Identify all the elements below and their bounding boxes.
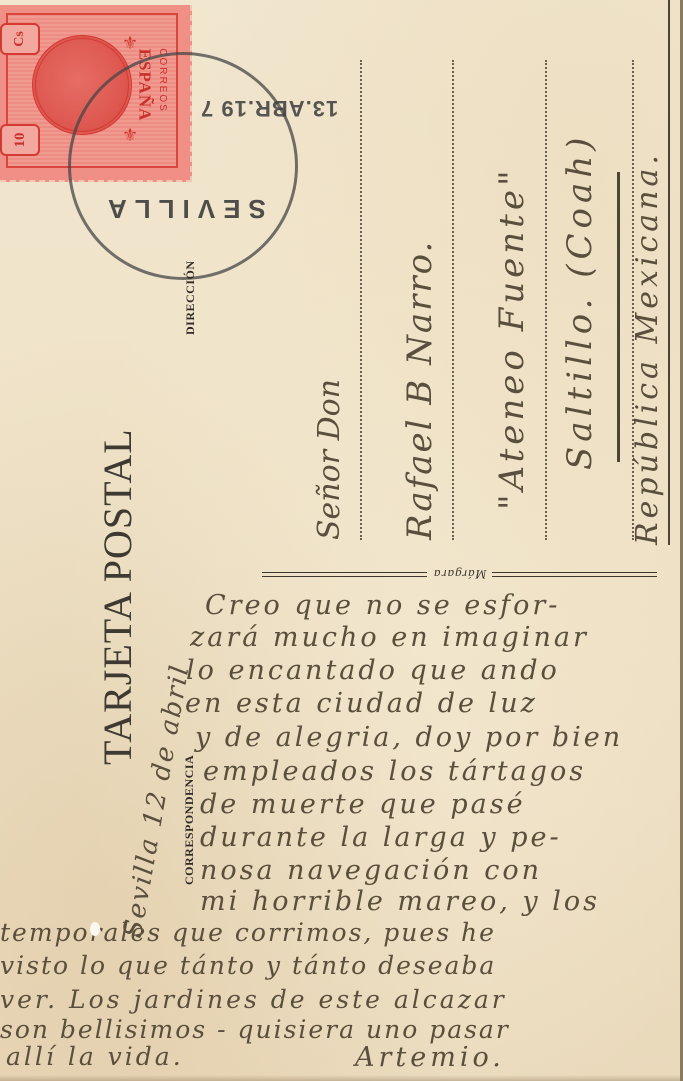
message-line: son bellisimos - quisiera uno pasar <box>0 1017 510 1042</box>
message-line: en esta ciudad de luz <box>185 690 538 717</box>
card-title: TARJETA POSTAL <box>94 428 141 765</box>
address-underline <box>668 0 670 545</box>
postmark-date: 13.ABR.19 7 <box>200 95 338 121</box>
stamp-value: 10 <box>0 124 40 156</box>
address-line-3 <box>545 60 547 540</box>
postmark-circle <box>68 52 298 280</box>
message-line: allí la vida. <box>6 1044 184 1069</box>
stamp-currency: Cs <box>0 23 40 55</box>
publisher-mark: Márgara <box>427 566 492 582</box>
message-line: de muerte que pasé <box>200 791 526 818</box>
message-line: nosa navegación con <box>200 857 542 884</box>
card-edge-bottom <box>0 1075 683 1081</box>
message-line: empleados los tártagos <box>203 758 586 785</box>
correspondence-label: CORRESPONDENCIA <box>182 755 197 885</box>
address-line-text: Señor Don <box>312 379 347 540</box>
message-line: durante la larga y pe- <box>200 824 562 851</box>
address-line-text: República Mexicana. <box>630 151 665 545</box>
message-line: y de alegria, doy por bien <box>195 724 623 751</box>
address-line-text: "Ateneo Fuente" <box>492 166 532 510</box>
address-label: DIRECCIÓN <box>183 260 198 335</box>
postmark-city: SEVILLA <box>100 193 266 224</box>
divider-rule <box>492 572 657 577</box>
address-underline <box>617 172 620 462</box>
address-line-text: Rafael B Narro. <box>400 240 440 540</box>
message-line: mi horrible mareo, y los <box>200 888 600 915</box>
fleur-de-lis-icon: ⚜ <box>122 33 138 54</box>
message-line: zará mucho en imaginar <box>190 624 589 651</box>
message-line: visto lo que tánto y tánto deseaba <box>0 953 496 978</box>
message-line: temporales que corrimos, pues he <box>0 920 496 945</box>
divider-rule <box>262 572 427 577</box>
address-line-1 <box>360 60 362 540</box>
paper-hole <box>90 922 100 936</box>
postcard: Cs 10 ESPAÑA CORREOS ⚜ ⚜ 13.ABR.19 7 SEV… <box>0 0 683 1081</box>
signature: Artemio. <box>355 1044 505 1071</box>
message-line: Creo que no se esfor- <box>205 592 560 619</box>
section-divider: Márgara <box>262 568 657 580</box>
address-line-2 <box>452 60 454 540</box>
address-line-text: Saltillo. (Coah) <box>560 133 600 470</box>
message-line: ver. Los jardines de este alcazar <box>0 987 507 1012</box>
message-line: lo encantado que ando <box>186 657 560 684</box>
